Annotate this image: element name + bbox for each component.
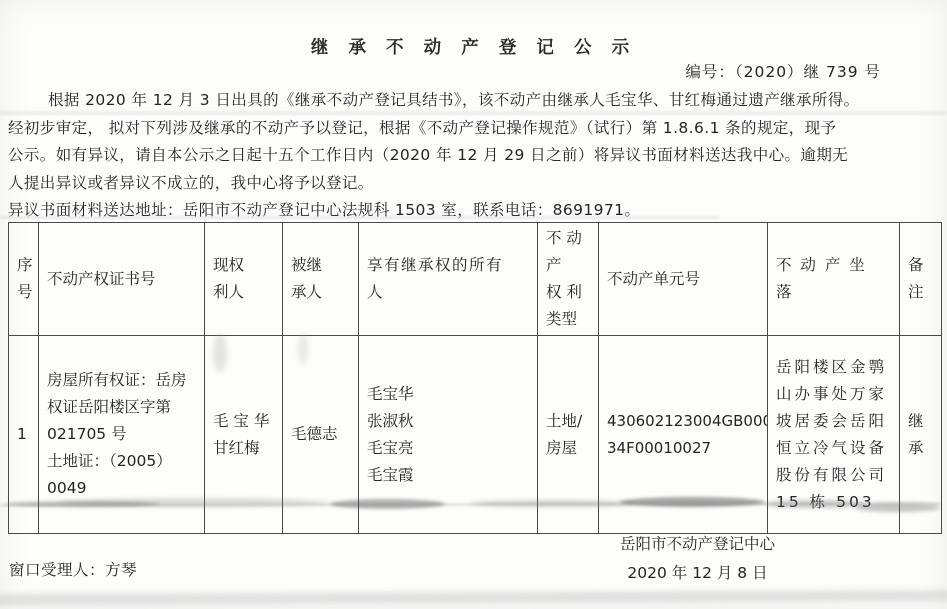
table-header-row: 序 号 不动产权证书号 现权 利人 被继 承人 享有继承权的所有 人 不 动 产… xyxy=(9,223,942,336)
registration-table: 序 号 不动产权证书号 现权 利人 被继 承人 享有继承权的所有 人 不 动 产… xyxy=(8,222,942,534)
cell-heirs: 毛宝华 张淑秋 毛宝亮 毛宝霞 xyxy=(359,336,538,534)
header-cell-heirs: 享有继承权的所有 人 xyxy=(359,223,538,336)
cell-unit-no: 430602123004GB000 34F00010027 xyxy=(599,336,768,534)
cell-decedent: 毛德志 xyxy=(283,336,359,534)
page-title: 继 承 不 动 产 登 记 公 示 xyxy=(0,34,947,59)
cell-remark: 继 承 xyxy=(900,336,942,534)
header-cell-cert-no: 不动产权证书号 xyxy=(39,223,205,336)
header-cell-right-type: 不 动 产 权 利 类型 xyxy=(538,223,599,336)
issue-date: 2020 年 12 月 8 日 xyxy=(545,561,850,583)
scan-smudge xyxy=(0,590,947,605)
header-cell-unit-no: 不动产单元号 xyxy=(599,223,768,336)
header-cell-holder: 现权 利人 xyxy=(205,223,283,336)
cell-holder: 毛 宝 华 甘红梅 xyxy=(205,336,283,534)
doc-number: 编号：（2020）继 739 号 xyxy=(685,60,881,82)
cell-location: 岳阳楼区金鹗 山办事处万家 坡居委会岳阳 恒立冷气设备 股份有限公司 15 栋 … xyxy=(768,336,900,534)
document-page: 继 承 不 动 产 登 记 公 示 编号：（2020）继 739 号 根据 20… xyxy=(0,0,947,609)
header-cell-location: 不 动 产 坐 落 xyxy=(768,223,900,336)
paragraph-line: 经初步审定， 拟对下列涉及继承的不动产予以登记，根据《不动产登记操作规范》（试行… xyxy=(8,115,944,143)
paragraph-line: 异议书面材料送达地址：岳阳市不动产登记中心法规科 1503 室，联系电话：869… xyxy=(8,197,944,225)
paragraph-line: 公示。如有异议，请自本公示之日起十五个工作日内（2020 年 12 月 29 日… xyxy=(8,142,944,170)
cell-right-type: 土地/ 房屋 xyxy=(538,336,599,534)
paragraph-line: 人提出异议或者异议不成立的，我中心将予以登记。 xyxy=(8,170,944,198)
header-cell-seq: 序 号 xyxy=(9,223,39,336)
cell-seq: 1 xyxy=(9,336,39,534)
paragraph-line: 根据 2020 年 12 月 3 日出具的《继承不动产登记具结书》，该不动产由继… xyxy=(8,87,944,115)
window-receiver: 窗口受理人：方琴 xyxy=(9,558,137,580)
cell-cert-no: 房屋所有权证：岳房 权证岳阳楼区字第 021705 号 土地证：（2005）00… xyxy=(39,336,205,534)
issuing-authority: 岳阳市不动产登记中心 xyxy=(545,532,850,554)
announcement-body: 根据 2020 年 12 月 3 日出具的《继承不动产登记具结书》，该不动产由继… xyxy=(8,87,944,225)
table-row: 1 房屋所有权证：岳房 权证岳阳楼区字第 021705 号 土地证：（2005）… xyxy=(9,336,942,534)
header-cell-remark: 备 注 xyxy=(900,223,942,336)
authority-block: 岳阳市不动产登记中心 2020 年 12 月 8 日 xyxy=(545,532,850,583)
header-cell-decedent: 被继 承人 xyxy=(283,223,359,336)
